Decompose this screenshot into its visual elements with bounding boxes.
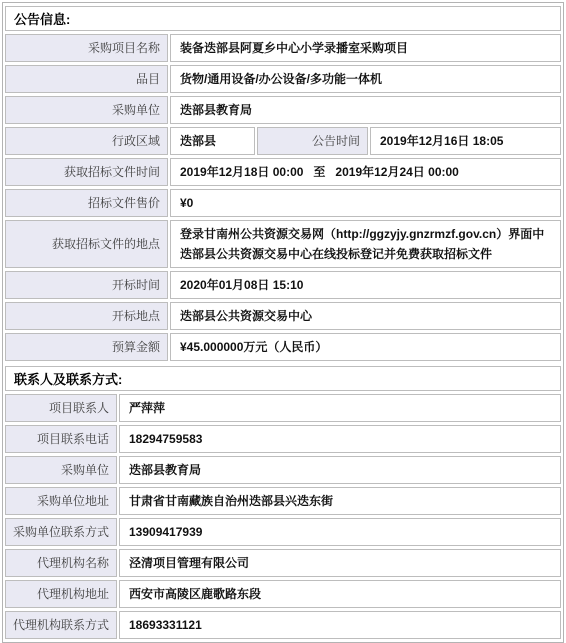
announcement-section-title: 公告信息: <box>5 6 561 31</box>
row-label-purchaser-contact: 采购单位联系方式 <box>5 518 117 546</box>
row-label-bid-open-time: 开标时间 <box>5 271 168 299</box>
row-label-contact-phone: 项目联系电话 <box>5 425 117 453</box>
row-value-agency-name: 泾清项目管理有限公司 <box>119 549 561 577</box>
row-value-contact-person: 严萍萍 <box>119 394 561 422</box>
row-value-bid-open-time: 2020年01月08日 15:10 <box>170 271 561 299</box>
table-row: 采购单位联系方式 13909417939 <box>5 518 561 546</box>
table-row: 开标时间 2020年01月08日 15:10 <box>5 271 561 299</box>
row-value-doc-obtain-place: 登录甘南州公共资源交易网（http://ggzyjy.gnzrmzf.gov.c… <box>170 220 561 268</box>
row-label-doc-obtain-place: 获取招标文件的地点 <box>5 220 168 268</box>
row-label-project-name: 采购项目名称 <box>5 34 168 62</box>
table-row: 品目 货物/通用设备/办公设备/多功能一体机 <box>5 65 561 93</box>
row-label-purchaser: 采购单位 <box>5 96 168 124</box>
row-label-region: 行政区域 <box>5 127 168 155</box>
row-label-purchaser-unit: 采购单位 <box>5 456 117 484</box>
table-row: 项目联系人 严萍萍 <box>5 394 561 422</box>
announcement-content: 公告信息: 采购项目名称 装备迭部县阿夏乡中心小学录播室采购项目 品目 货物/通… <box>2 2 564 643</box>
section-header-row: 公告信息: <box>5 6 561 31</box>
row-label-bid-open-place: 开标地点 <box>5 302 168 330</box>
row-value-region: 迭部县 <box>170 127 255 155</box>
procurement-announcement-page: 公告信息: 采购项目名称 装备迭部县阿夏乡中心小学录播室采购项目 品目 货物/通… <box>0 0 566 612</box>
table-row: 行政区域 迭部县 公告时间 2019年12月16日 18:05 <box>5 127 561 155</box>
row-label-doc-price: 招标文件售价 <box>5 189 168 217</box>
row-value-bid-open-place: 迭部县公共资源交易中心 <box>170 302 561 330</box>
row-value-category: 货物/通用设备/办公设备/多功能一体机 <box>170 65 561 93</box>
row-label-contact-person: 项目联系人 <box>5 394 117 422</box>
row-value-agency-contact: 18693331121 <box>119 611 561 639</box>
contact-info-table: 联系人及联系方式: 项目联系人 严萍萍 项目联系电话 18294759583 采… <box>3 363 563 642</box>
row-label-agency-address: 代理机构地址 <box>5 580 117 608</box>
table-row: 获取招标文件的地点 登录甘南州公共资源交易网（http://ggzyjy.gnz… <box>5 220 561 268</box>
row-label-publish-time: 公告时间 <box>257 127 368 155</box>
contact-section-title: 联系人及联系方式: <box>5 366 561 391</box>
table-row: 开标地点 迭部县公共资源交易中心 <box>5 302 561 330</box>
row-value-contact-phone: 18294759583 <box>119 425 561 453</box>
section-header-row: 联系人及联系方式: <box>5 366 561 391</box>
table-row: 采购单位 迭部县教育局 <box>5 96 561 124</box>
row-label-agency-name: 代理机构名称 <box>5 549 117 577</box>
row-label-purchaser-address: 采购单位地址 <box>5 487 117 515</box>
table-row: 代理机构联系方式 18693331121 <box>5 611 561 639</box>
table-row: 采购单位 迭部县教育局 <box>5 456 561 484</box>
row-value-purchaser: 迭部县教育局 <box>170 96 561 124</box>
table-row: 获取招标文件时间 2019年12月18日 00:00 至 2019年12月24日… <box>5 158 561 186</box>
row-value-project-name: 装备迭部县阿夏乡中心小学录播室采购项目 <box>170 34 561 62</box>
row-value-publish-time: 2019年12月16日 18:05 <box>370 127 561 155</box>
row-value-purchaser-address: 甘肃省甘南藏族自治州迭部县兴迭东街 <box>119 487 561 515</box>
row-value-doc-price: ¥0 <box>170 189 561 217</box>
table-row: 项目联系电话 18294759583 <box>5 425 561 453</box>
table-row: 采购单位地址 甘肃省甘南藏族自治州迭部县兴迭东街 <box>5 487 561 515</box>
row-value-agency-address: 西安市高陵区鹿歌路东段 <box>119 580 561 608</box>
row-label-doc-obtain-time: 获取招标文件时间 <box>5 158 168 186</box>
row-label-budget: 预算金额 <box>5 333 168 361</box>
row-label-category: 品目 <box>5 65 168 93</box>
table-row: 预算金额 ¥45.000000万元（人民币） <box>5 333 561 361</box>
row-value-purchaser-contact: 13909417939 <box>119 518 561 546</box>
row-label-agency-contact: 代理机构联系方式 <box>5 611 117 639</box>
table-row: 招标文件售价 ¥0 <box>5 189 561 217</box>
row-value-doc-obtain-time: 2019年12月18日 00:00 至 2019年12月24日 00:00 <box>170 158 561 186</box>
table-row: 代理机构地址 西安市高陵区鹿歌路东段 <box>5 580 561 608</box>
row-value-budget: ¥45.000000万元（人民币） <box>170 333 561 361</box>
announcement-info-table: 公告信息: 采购项目名称 装备迭部县阿夏乡中心小学录播室采购项目 品目 货物/通… <box>3 3 563 364</box>
table-row: 代理机构名称 泾清项目管理有限公司 <box>5 549 561 577</box>
table-row: 采购项目名称 装备迭部县阿夏乡中心小学录播室采购项目 <box>5 34 561 62</box>
row-value-purchaser-unit: 迭部县教育局 <box>119 456 561 484</box>
